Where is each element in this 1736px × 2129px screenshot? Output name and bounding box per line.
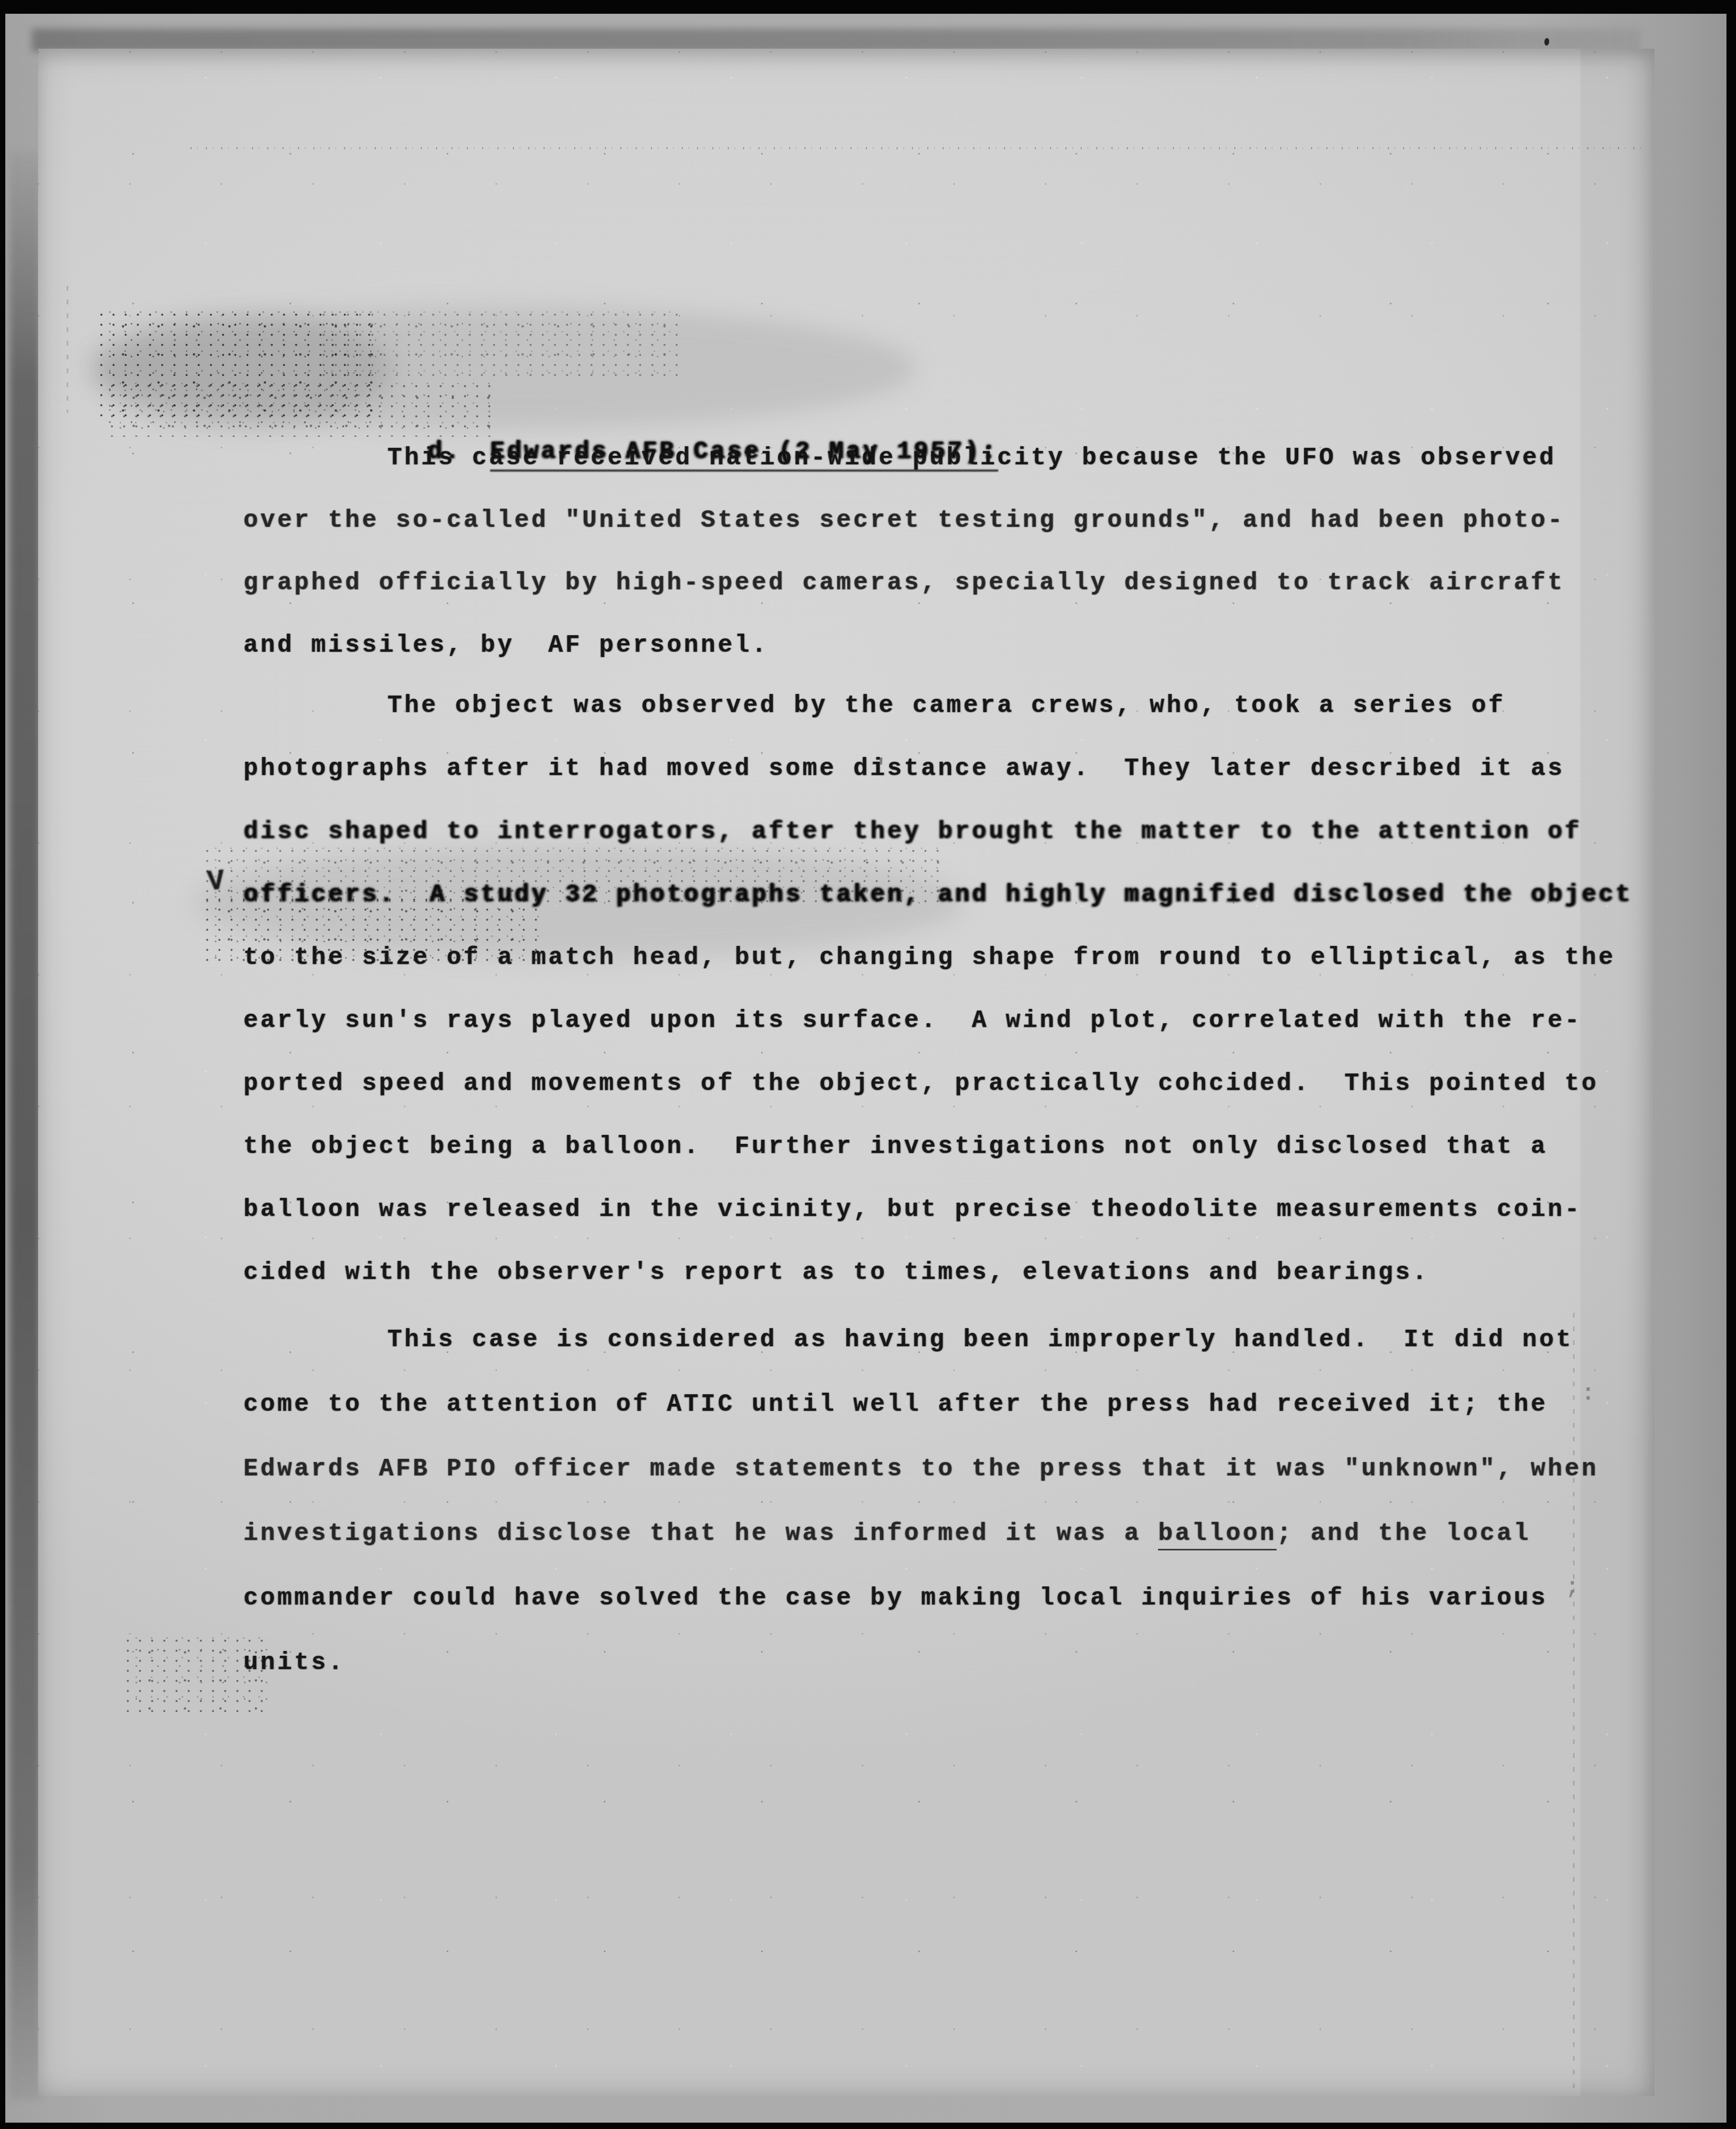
stray-ink-mark: ; — [1566, 1576, 1579, 1599]
stray-ink-mark: ' — [874, 757, 888, 779]
body-line: come to the attention of ATIC until well… — [243, 1372, 1598, 1437]
body-line: and missiles, by AF personnel. — [243, 614, 1565, 676]
dust-line — [191, 147, 1646, 149]
scan-shadow-left — [10, 151, 40, 2099]
body-line: the object being a balloon. Further inve… — [243, 1115, 1632, 1178]
scratch-line — [67, 286, 68, 413]
body-line: officers. A study 32 photographs taken, … — [243, 863, 1632, 926]
margin-check-mark: V — [206, 868, 226, 898]
paragraph-1: This case received nation-wide publicity… — [243, 427, 1565, 676]
body-line: commander could have solved the case by … — [243, 1566, 1598, 1630]
body-line: disc shaped to interrogators, after they… — [243, 800, 1632, 863]
body-line: This case is considered as having been i… — [243, 1307, 1598, 1372]
body-line: early sun's rays played upon its surface… — [243, 989, 1632, 1052]
body-line: over the so-called "United States secret… — [243, 489, 1565, 552]
stray-ink-mark: : — [1581, 1383, 1595, 1405]
body-line: photographs after it had moved some dist… — [243, 737, 1632, 800]
document-page: d.Edwards AFB Case (2 May 1957): This ca… — [38, 49, 1654, 2096]
scan-background: { "page_number": "2.", "margin_check_mar… — [0, 0, 1736, 2129]
body-line: units. — [243, 1630, 1598, 1695]
body-line-segment: investigations disclose that he was info… — [243, 1520, 1158, 1547]
body-line: Edwards AFB PIO officer made statements … — [243, 1437, 1598, 1501]
body-line: investigations disclose that he was info… — [243, 1501, 1598, 1566]
paragraph-2: The object was observed by the camera cr… — [243, 674, 1632, 1304]
underlined-word-balloon: balloon — [1158, 1520, 1277, 1550]
body-line: graphed officially by high-speed cameras… — [243, 552, 1565, 614]
body-line: This case received nation-wide publicity… — [243, 427, 1565, 489]
body-line: to the size of a match head, but, changi… — [243, 926, 1632, 989]
body-line: balloon was released in the vicinity, bu… — [243, 1178, 1632, 1241]
paragraph-3: This case is considered as having been i… — [243, 1307, 1598, 1695]
body-line: ported speed and movements of the object… — [243, 1052, 1632, 1115]
body-line: The object was observed by the camera cr… — [243, 674, 1632, 737]
body-line-segment: ; and the local — [1277, 1520, 1531, 1547]
paper-backing: 2. d.Edwards AFB Case (2 May 1957): This… — [5, 14, 1726, 2123]
body-line: cided with the observer's report as to t… — [243, 1241, 1632, 1304]
